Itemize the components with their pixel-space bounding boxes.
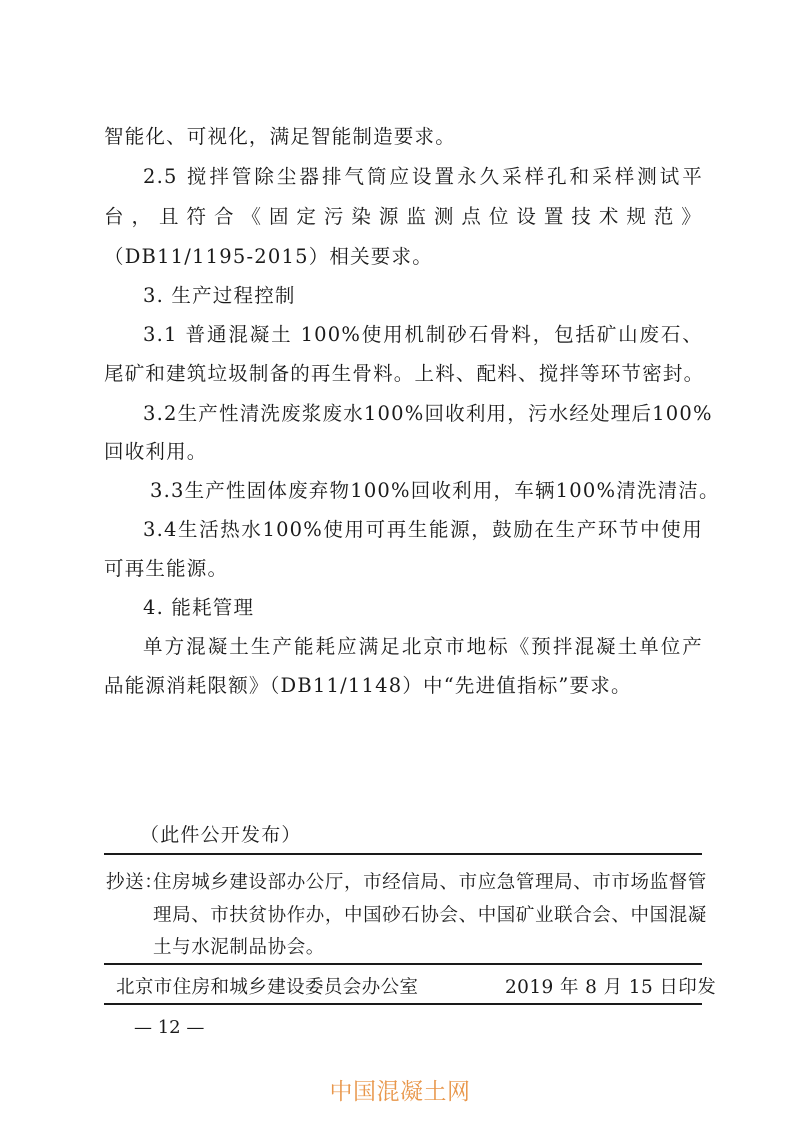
paragraph-line: 3.1 普通混凝土 100%使用机制砂石骨料，包括矿山废石、 — [143, 321, 703, 349]
paragraph-line: 3.4生活热水100%使用可再生能源，鼓励在生产环节中使用 — [143, 516, 703, 544]
section-heading: 3. 生产过程控制 — [143, 282, 743, 310]
issue-date: 2019 年 8 月 15 日印发 — [505, 974, 716, 1002]
paragraph-line: 可再生能源。 — [104, 555, 704, 583]
paragraph-line: 3.3生产性固体废弃物100%回收利用，车辆100%清洗清洁。 — [150, 477, 750, 505]
issuer: 北京市住房和城乡建设委员会办公室 — [116, 974, 418, 1002]
cc-line: 住房城乡建设部办公厅，市经信局、市应急管理局、市市场监督管 — [153, 869, 707, 897]
paragraph-line: 2.5 搅拌管除尘器排气筒应设置永久采样孔和采样测试平 — [143, 163, 703, 191]
paragraph-line: 尾矿和建筑垃圾制备的再生骨料。上料、配料、搅拌等环节密封。 — [104, 360, 702, 388]
paragraph-line: 智能化、可视化，满足智能制造要求。 — [104, 123, 704, 151]
paragraph-line: 回收利用。 — [104, 438, 704, 466]
paragraph-line: （DB11/1195-2015）相关要求。 — [104, 243, 704, 271]
publication-note: （此件公开发布） — [140, 821, 740, 849]
paragraph-line: 品能源消耗限额》（DB11/1148）中“先进值指标”要求。 — [104, 672, 704, 700]
cc-line: 理局、市扶贫协作办，中国砂石协会、中国矿业联合会、中国混凝 — [153, 902, 707, 930]
divider — [104, 963, 702, 965]
divider — [104, 1003, 702, 1005]
divider — [104, 853, 702, 855]
paragraph-line: 3.2生产性清洗废浆废水100%回收利用，污水经处理后100% — [143, 400, 703, 428]
section-heading: 4. 能耗管理 — [143, 594, 743, 622]
cc-line: 土与水泥制品协会。 — [153, 934, 325, 962]
watermark: 中国混凝土网 — [0, 1073, 800, 1106]
paragraph-line: 台，且符合《固定污染源监测点位设置技术规范》 — [104, 203, 702, 231]
paragraph-line: 单方混凝土生产能耗应满足北京市地标《预拌混凝土单位产 — [143, 633, 703, 661]
page-number: — 12 — — [134, 1014, 204, 1042]
